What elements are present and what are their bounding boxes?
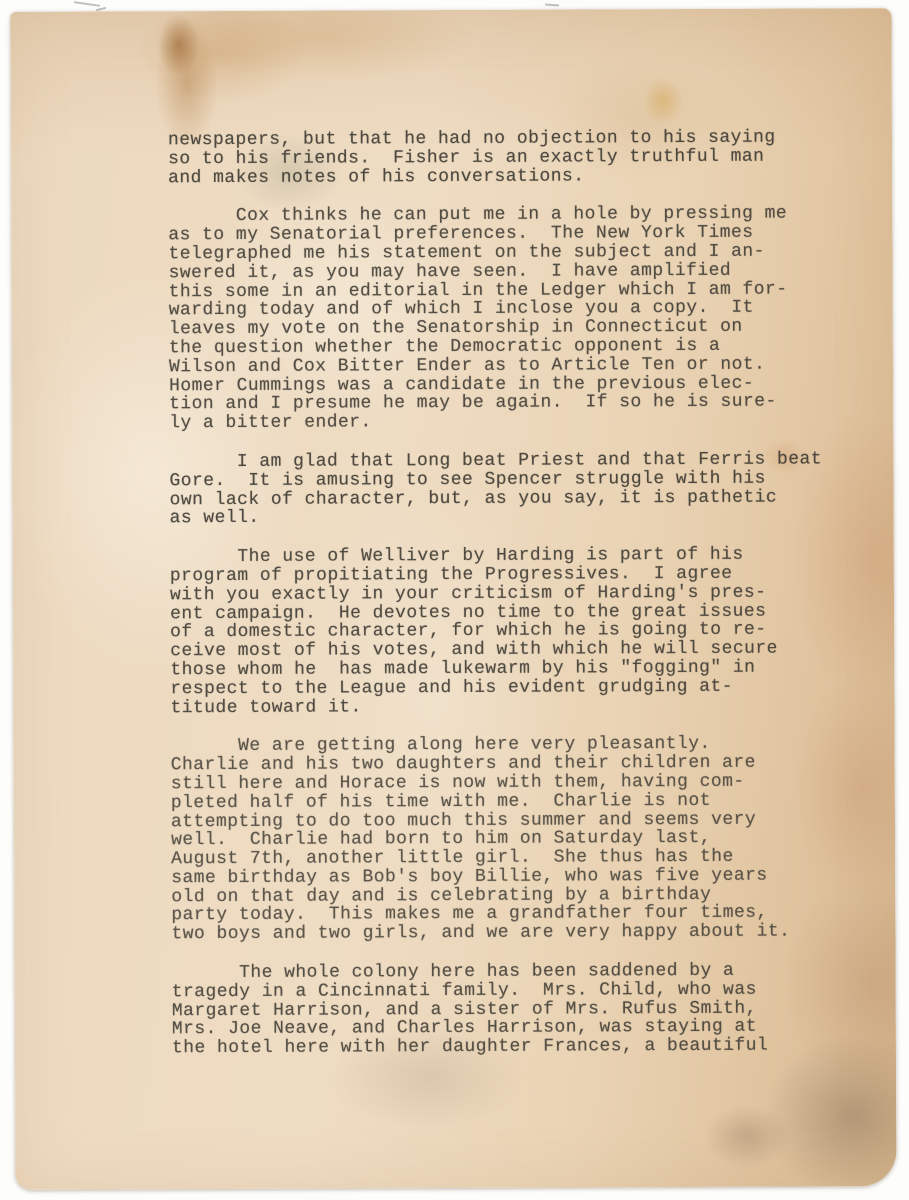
letter-paragraph-3: I am glad that Long beat Priest and that…	[169, 450, 829, 528]
letter-paragraph-4: The use of Welliver by Harding is part o…	[170, 545, 831, 717]
letter-body: newspapers, but that he had no objection…	[168, 128, 832, 1078]
letter-paragraph-1: newspapers, but that he had no objection…	[168, 128, 828, 187]
scan-artifact	[545, 4, 559, 7]
letter-paragraph-6: The whole colony here has been saddened …	[172, 961, 832, 1058]
letter-paragraph-2: Cox thinks he can put me in a hole by pr…	[168, 205, 829, 433]
letter-page: newspapers, but that he had no objection…	[10, 8, 896, 1190]
scan-artifact	[74, 1, 100, 7]
letter-paragraph-5: We are getting along here very pleasantl…	[171, 735, 832, 945]
